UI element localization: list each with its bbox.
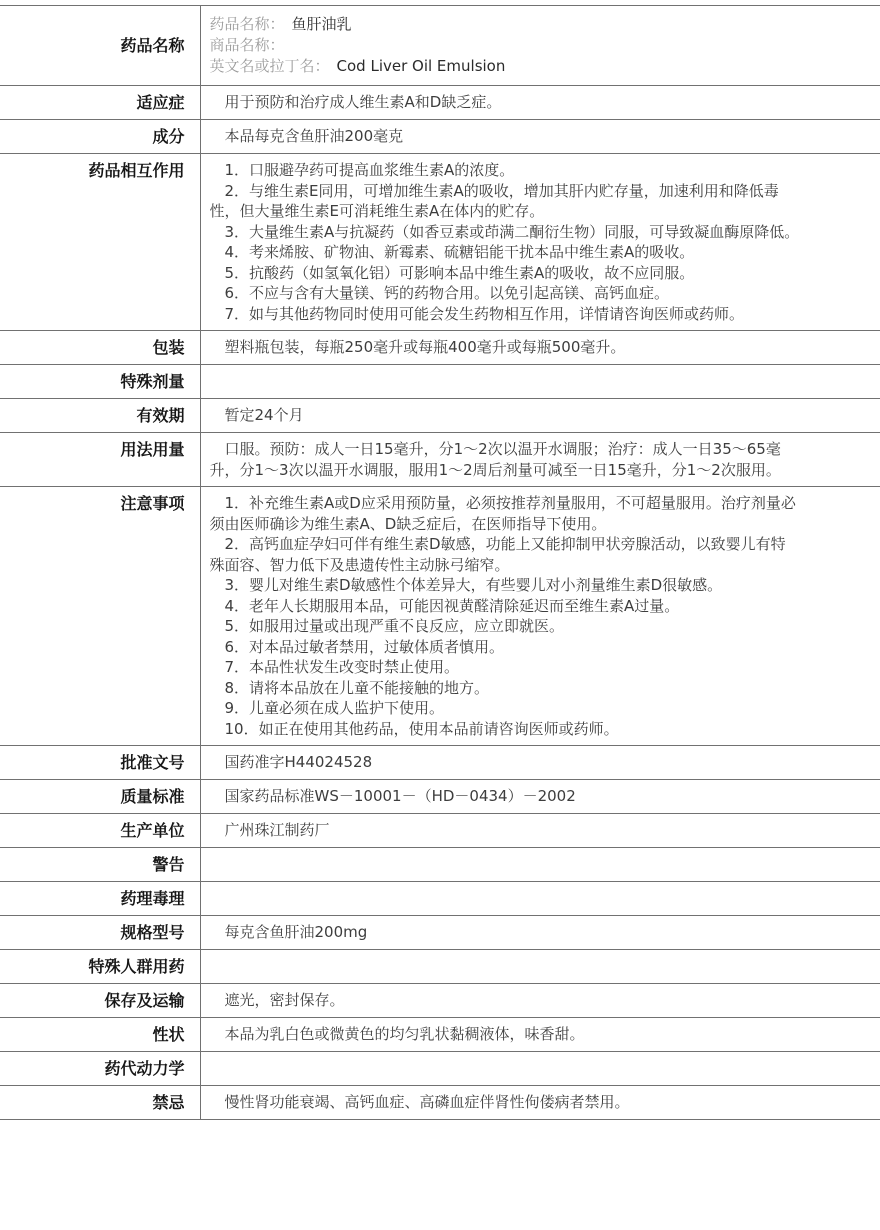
content-paragraph: 慢性肾功能衰竭、高钙血症、高磷血症伴肾性佝偻病者禁用。: [210, 1092, 801, 1113]
row-manufacturer: 生产单位 广州珠江制药厂: [0, 814, 880, 848]
row-shelf-life: 有效期 暂定24个月: [0, 399, 880, 433]
row-label: 包装: [0, 331, 200, 365]
field-value: Cod Liver Oil Emulsion: [337, 57, 506, 75]
row-label: 有效期: [0, 399, 200, 433]
row-label: 特殊剂量: [0, 365, 200, 399]
content-paragraph: 1．补充维生素A或D应采用预防量，必须按推荐剂量服用，不可超量服用。治疗剂量必须…: [210, 493, 801, 534]
content-paragraph: 遮光，密封保存。: [210, 990, 801, 1011]
row-description: 性状 本品为乳白色或微黄色的均匀乳状黏稠液体，味香甜。: [0, 1018, 880, 1052]
row-label: 保存及运输: [0, 984, 200, 1018]
content-paragraph: 1．口服避孕药可提高血浆维生素A的浓度。: [210, 160, 801, 181]
field-prefix: 英文名或拉丁名：: [210, 57, 330, 75]
row-content: 国药准字H44024528: [200, 746, 880, 780]
content-paragraph: 国家药品标准WS－10001－（HD－0434）－2002: [210, 786, 801, 807]
row-pharmacology-toxicology: 药理毒理: [0, 882, 880, 916]
content-paragraph: 塑料瓶包装，每瓶250毫升或每瓶400毫升或每瓶500毫升。: [210, 337, 801, 358]
row-special-dosage: 特殊剂量: [0, 365, 880, 399]
row-label: 批准文号: [0, 746, 200, 780]
row-label: 注意事项: [0, 487, 200, 746]
row-content: 本品每克含鱼肝油200毫克: [200, 120, 880, 154]
content-paragraph: 2．与维生素E同用，可增加维生素A的吸收，增加其肝内贮存量，加速利用和降低毒性，…: [210, 181, 801, 222]
content-paragraph: 7．本品性状发生改变时禁止使用。: [210, 657, 801, 678]
row-label: 生产单位: [0, 814, 200, 848]
content-paragraph: 国药准字H44024528: [210, 752, 801, 773]
content-paragraph: 5．抗酸药（如氢氧化铝）可影响本品中维生素A的吸收，故不应同服。: [210, 263, 801, 284]
content-paragraph: 每克含鱼肝油200mg: [210, 922, 801, 943]
row-pharmacokinetics: 药代动力学: [0, 1052, 880, 1086]
row-label: 规格型号: [0, 916, 200, 950]
drug-name-line: 药品名称：鱼肝油乳: [210, 14, 851, 35]
row-drug-interactions: 药品相互作用 1．口服避孕药可提高血浆维生素A的浓度。 2．与维生素E同用，可增…: [0, 154, 880, 331]
content-paragraph: 用于预防和治疗成人维生素A和D缺乏症。: [210, 92, 801, 113]
row-label: 药品名称: [0, 6, 200, 86]
content-paragraph: 口服。预防：成人一日15毫升，分1～2次以温开水调服；治疗：成人一日35～65毫…: [210, 439, 801, 480]
row-content: 国家药品标准WS－10001－（HD－0434）－2002: [200, 780, 880, 814]
row-content: 1．补充维生素A或D应采用预防量，必须按推荐剂量服用，不可超量服用。治疗剂量必须…: [200, 487, 880, 746]
row-label: 适应症: [0, 86, 200, 120]
row-indications: 适应症 用于预防和治疗成人维生素A和D缺乏症。: [0, 86, 880, 120]
content-paragraph: 6．对本品过敏者禁用，过敏体质者慎用。: [210, 637, 801, 658]
row-label: 药品相互作用: [0, 154, 200, 331]
row-storage-transport: 保存及运输 遮光，密封保存。: [0, 984, 880, 1018]
row-label: 药代动力学: [0, 1052, 200, 1086]
field-prefix: 药品名称：: [210, 15, 285, 33]
content-paragraph: 5．如服用过量或出现严重不良反应，应立即就医。: [210, 616, 801, 637]
drug-info-table: 药品名称 药品名称：鱼肝油乳 商品名称： 英文名或拉丁名：Cod Liver O…: [0, 5, 880, 1120]
row-content: 暂定24个月: [200, 399, 880, 433]
row-label: 特殊人群用药: [0, 950, 200, 984]
row-precautions: 注意事项 1．补充维生素A或D应采用预防量，必须按推荐剂量服用，不可超量服用。治…: [0, 487, 880, 746]
content-paragraph: 4．考来烯胺、矿物油、新霉素、硫糖铝能干扰本品中维生素A的吸收。: [210, 242, 801, 263]
content-paragraph: 本品每克含鱼肝油200毫克: [210, 126, 801, 147]
content-paragraph: 3．大量维生素A与抗凝药（如香豆素或茚满二酮衍生物）同服，可导致凝血酶原降低。: [210, 222, 801, 243]
content-paragraph: 3．婴儿对维生素D敏感性个体差异大，有些婴儿对小剂量维生素D很敏感。: [210, 575, 801, 596]
content-paragraph: 10．如正在使用其他药品，使用本品前请咨询医师或药师。: [210, 719, 801, 740]
row-label: 警告: [0, 848, 200, 882]
drug-name-cell: 药品名称：鱼肝油乳 商品名称： 英文名或拉丁名：Cod Liver Oil Em…: [200, 6, 880, 86]
trade-name-line: 商品名称：: [210, 35, 851, 56]
content-paragraph: 本品为乳白色或微黄色的均匀乳状黏稠液体，味香甜。: [210, 1024, 801, 1045]
row-ingredients: 成分 本品每克含鱼肝油200毫克: [0, 120, 880, 154]
row-content: [200, 882, 880, 916]
row-content: 每克含鱼肝油200mg: [200, 916, 880, 950]
row-approval-number: 批准文号 国药准字H44024528: [0, 746, 880, 780]
row-drug-name: 药品名称 药品名称：鱼肝油乳 商品名称： 英文名或拉丁名：Cod Liver O…: [0, 6, 880, 86]
row-specification: 规格型号 每克含鱼肝油200mg: [0, 916, 880, 950]
content-paragraph: 暂定24个月: [210, 405, 801, 426]
row-content: 慢性肾功能衰竭、高钙血症、高磷血症伴肾性佝偻病者禁用。: [200, 1086, 880, 1120]
row-content: 用于预防和治疗成人维生素A和D缺乏症。: [200, 86, 880, 120]
row-content: 遮光，密封保存。: [200, 984, 880, 1018]
row-content: 1．口服避孕药可提高血浆维生素A的浓度。 2．与维生素E同用，可增加维生素A的吸…: [200, 154, 880, 331]
content-paragraph: 9．儿童必须在成人监护下使用。: [210, 698, 801, 719]
row-content: [200, 1052, 880, 1086]
english-name-line: 英文名或拉丁名：Cod Liver Oil Emulsion: [210, 56, 851, 77]
row-special-populations: 特殊人群用药: [0, 950, 880, 984]
row-label: 性状: [0, 1018, 200, 1052]
row-content: 塑料瓶包装，每瓶250毫升或每瓶400毫升或每瓶500毫升。: [200, 331, 880, 365]
content-paragraph: 2．高钙血症孕妇可伴有维生素D敏感，功能上又能抑制甲状旁腺活动，以致婴儿有特殊面…: [210, 534, 801, 575]
row-content: [200, 950, 880, 984]
row-label: 禁忌: [0, 1086, 200, 1120]
row-content: 本品为乳白色或微黄色的均匀乳状黏稠液体，味香甜。: [200, 1018, 880, 1052]
row-contraindications: 禁忌 慢性肾功能衰竭、高钙血症、高磷血症伴肾性佝偻病者禁用。: [0, 1086, 880, 1120]
content-paragraph: 4．老年人长期服用本品，可能因视黄醛清除延迟而至维生素A过量。: [210, 596, 801, 617]
row-warning: 警告: [0, 848, 880, 882]
row-label: 成分: [0, 120, 200, 154]
content-paragraph: 6．不应与含有大量镁、钙的药物合用。以免引起高镁、高钙血症。: [210, 283, 801, 304]
row-content: [200, 848, 880, 882]
row-content: [200, 365, 880, 399]
content-paragraph: 7．如与其他药物同时使用可能会发生药物相互作用，详情请咨询医师或药师。: [210, 304, 801, 325]
row-content: 口服。预防：成人一日15毫升，分1～2次以温开水调服；治疗：成人一日35～65毫…: [200, 433, 880, 487]
row-label: 用法用量: [0, 433, 200, 487]
row-packaging: 包装 塑料瓶包装，每瓶250毫升或每瓶400毫升或每瓶500毫升。: [0, 331, 880, 365]
row-content: 广州珠江制药厂: [200, 814, 880, 848]
row-label: 质量标准: [0, 780, 200, 814]
row-dosage-administration: 用法用量 口服。预防：成人一日15毫升，分1～2次以温开水调服；治疗：成人一日3…: [0, 433, 880, 487]
row-label: 药理毒理: [0, 882, 200, 916]
content-paragraph: 广州珠江制药厂: [210, 820, 801, 841]
row-quality-standard: 质量标准 国家药品标准WS－10001－（HD－0434）－2002: [0, 780, 880, 814]
field-prefix: 商品名称：: [210, 36, 285, 54]
field-value: 鱼肝油乳: [292, 15, 352, 33]
content-paragraph: 8．请将本品放在儿童不能接触的地方。: [210, 678, 801, 699]
